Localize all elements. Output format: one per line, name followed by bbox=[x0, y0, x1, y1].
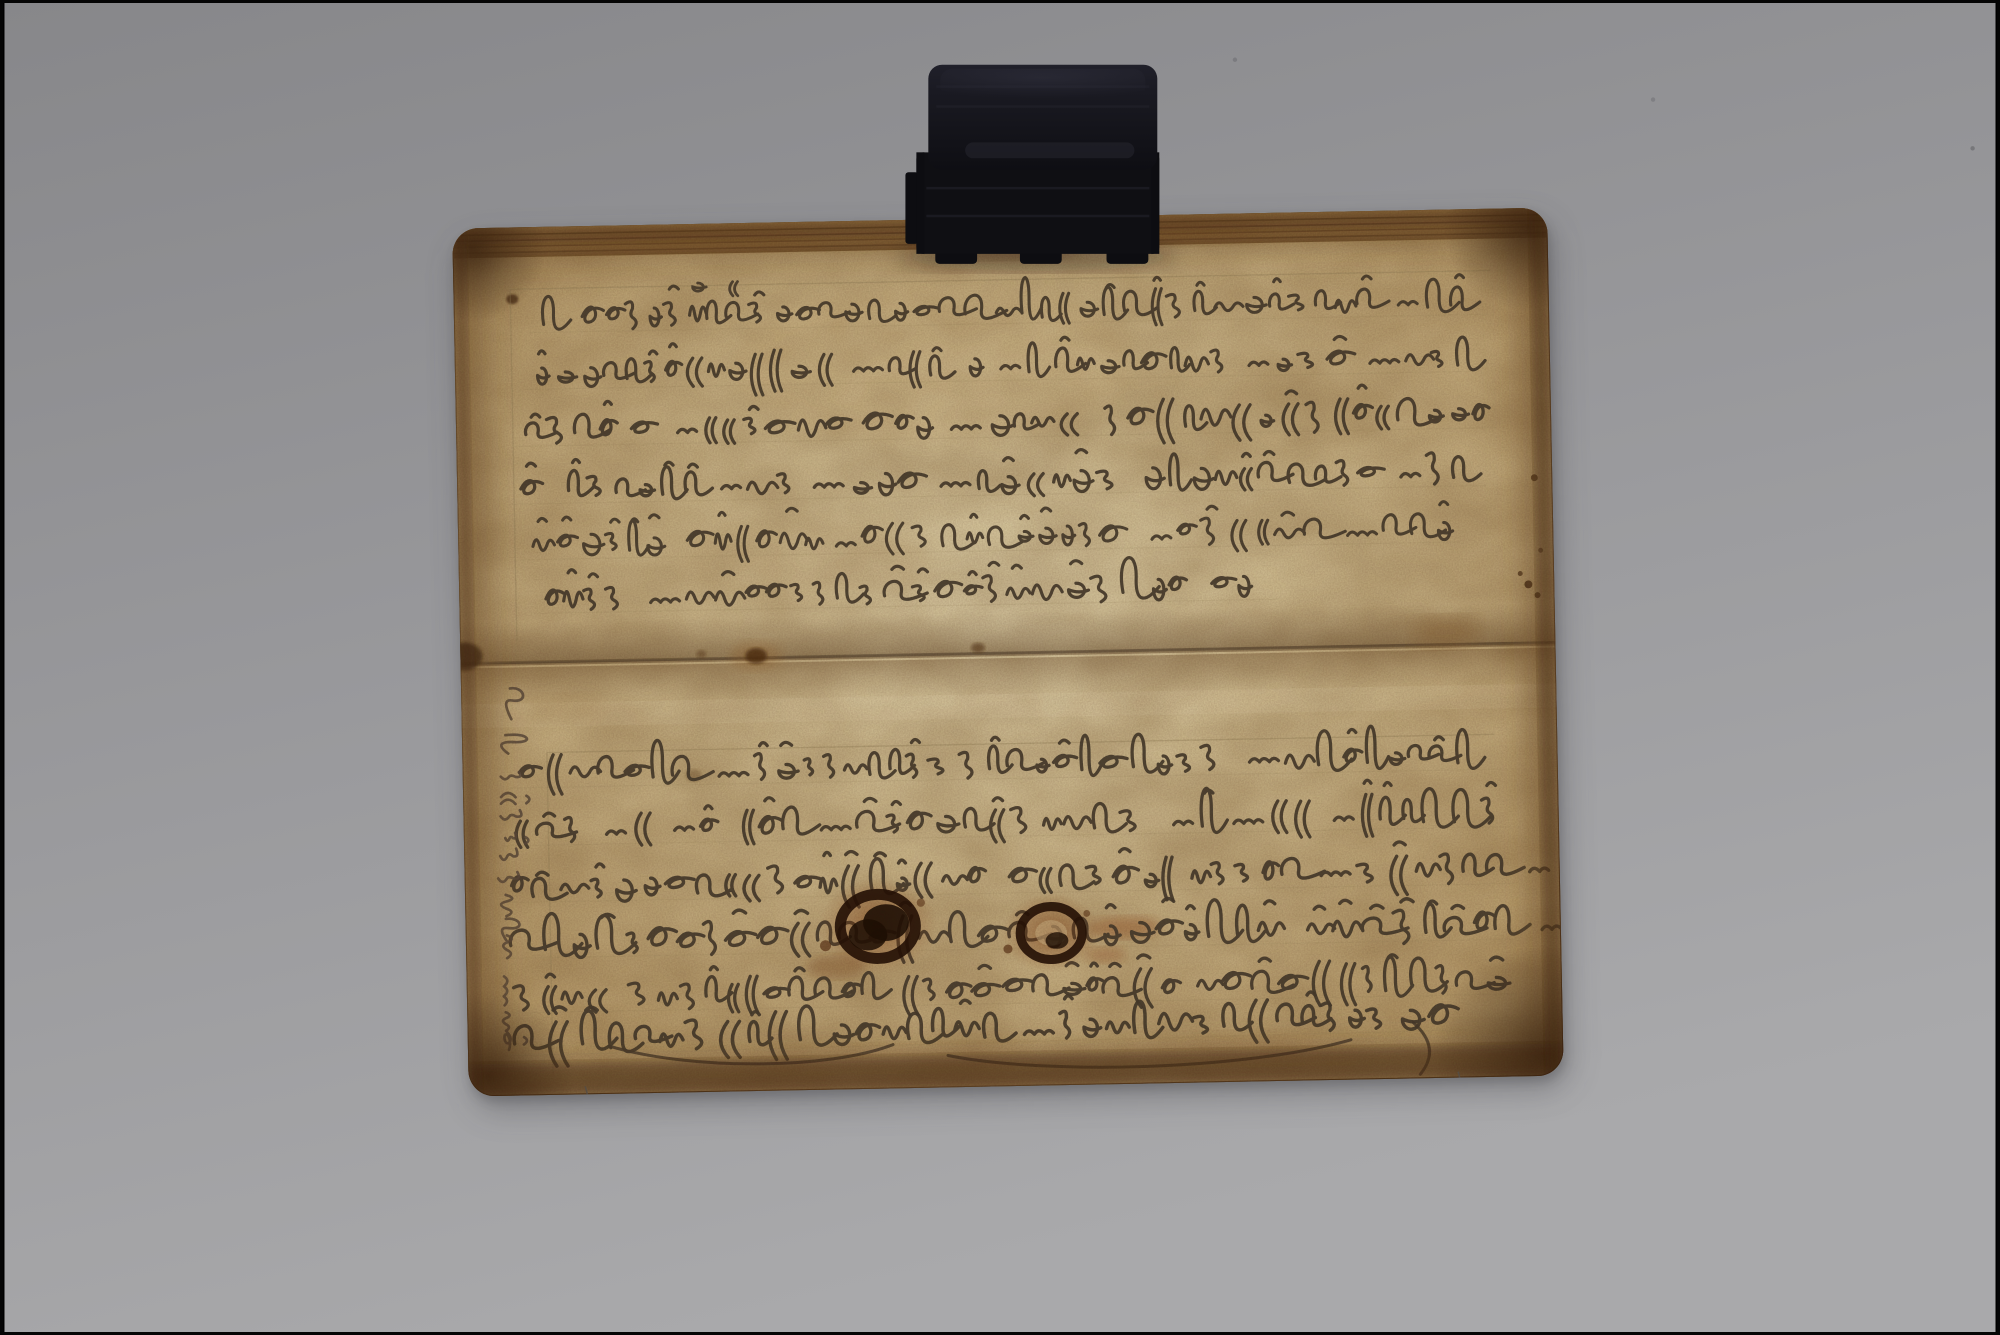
clip-embossed-label bbox=[965, 142, 1134, 158]
manuscript-book bbox=[385, 142, 1657, 1189]
paper-grain bbox=[452, 208, 1564, 1097]
black-clip bbox=[905, 65, 1159, 264]
book-pages bbox=[385, 142, 1657, 1189]
manuscript-photograph bbox=[0, 0, 2000, 1335]
photo-scene bbox=[3, 3, 1997, 1332]
dust-speck bbox=[1651, 97, 1655, 101]
dust-speck bbox=[1970, 146, 1974, 150]
dust-speck bbox=[1233, 58, 1237, 62]
